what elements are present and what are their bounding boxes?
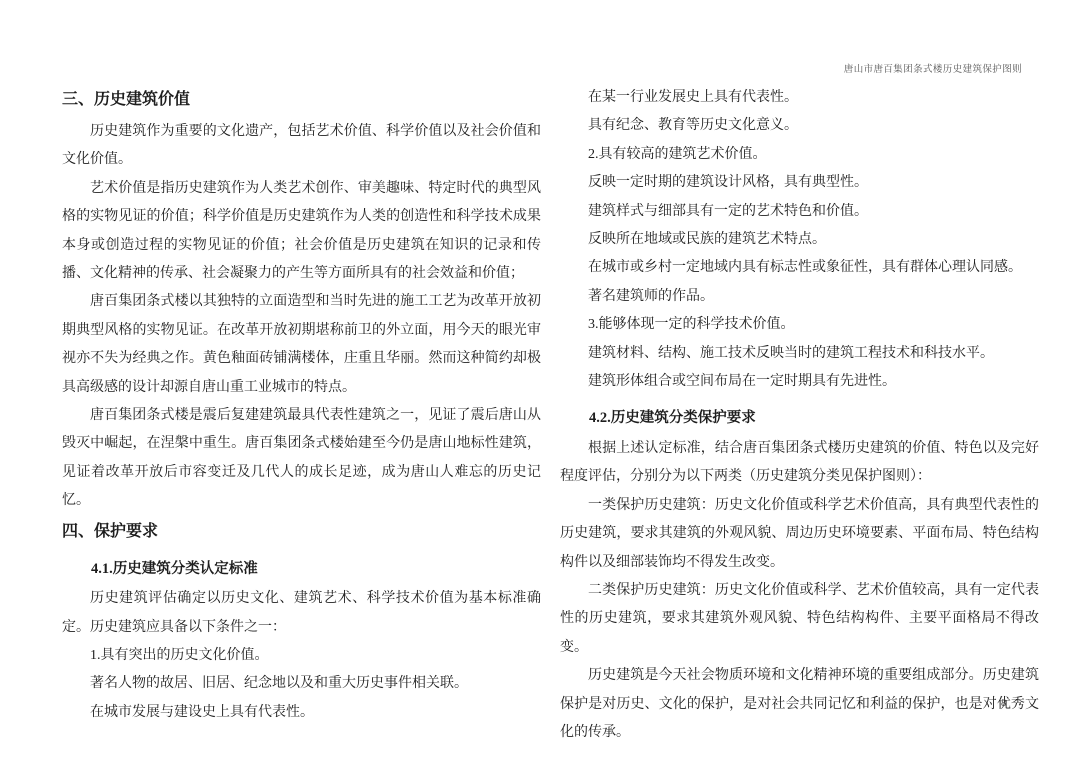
list-item: 著名建筑师的作品。 <box>560 283 1039 311</box>
list-item: 在城市发展与建设史上具有代表性。 <box>62 699 541 727</box>
paragraph: 二类保护历史建筑：历史文化价值或科学、艺术价值较高，具有一定代表性的历史建筑，要… <box>560 577 1039 662</box>
heading-major: 四、保护要求 <box>62 517 541 547</box>
paragraph: 艺术价值是指历史建筑作为人类艺术创作、审美趣味、特定时代的典型风格的实物见证的价… <box>62 175 541 289</box>
list-item: 反映所在地域或民族的建筑艺术特点。 <box>560 226 1039 254</box>
left-column: 三、历史建筑价值 历史建筑作为重要的文化遗产，包括艺术价值、科学价值以及社会价值… <box>62 84 541 727</box>
heading-major: 三、历史建筑价值 <box>62 85 541 115</box>
list-item: 建筑样式与细部具有一定的艺术特色和价值。 <box>560 198 1039 226</box>
heading-sub: 4.1.历史建筑分类认定标准 <box>62 555 541 583</box>
page-number: 8 <box>1001 698 1006 709</box>
document-header-note: 唐山市唐百集团条式楼历史建筑保护图则 <box>844 61 1022 75</box>
list-item: 2.具有较高的建筑艺术价值。 <box>560 141 1039 169</box>
paragraph: 历史建筑是今天社会物质环境和文化精神环境的重要组成部分。历史建筑保护是对历史、文… <box>560 662 1039 747</box>
paragraph: 历史建筑作为重要的文化遗产，包括艺术价值、科学价值以及社会价值和文化价值。 <box>62 118 541 175</box>
list-item: 建筑材料、结构、施工技术反映当时的建筑工程技术和科技水平。 <box>560 340 1039 368</box>
paragraph: 唐百集团条式楼是震后复建建筑最具代表性建筑之一，见证了震后唐山从毁灭中崛起，在涅… <box>62 402 541 516</box>
list-item: 著名人物的故居、旧居、纪念地以及和重大历史事件相关联。 <box>62 670 541 698</box>
list-item: 1.具有突出的历史文化价值。 <box>62 642 541 670</box>
right-column: 在某一行业发展史上具有代表性。 具有纪念、教育等历史文化意义。 2.具有较高的建… <box>560 84 1039 747</box>
list-item: 在城市或乡村一定地域内具有标志性或象征性，具有群体心理认同感。 <box>560 254 1039 282</box>
list-item: 3.能够体现一定的科学技术价值。 <box>560 311 1039 339</box>
paragraph: 一类保护历史建筑：历史文化价值或科学艺术价值高，具有典型代表性的历史建筑，要求其… <box>560 492 1039 577</box>
list-item: 建筑形体组合或空间布局在一定时期具有先进性。 <box>560 368 1039 396</box>
paragraph: 根据上述认定标准，结合唐百集团条式楼历史建筑的价值、特色以及完好程度评估，分别分… <box>560 435 1039 492</box>
paragraph: 唐百集团条式楼以其独特的立面造型和当时先进的施工工艺为改革开放初期典型风格的实物… <box>62 288 541 402</box>
list-item: 在某一行业发展史上具有代表性。 <box>560 84 1039 112</box>
list-item: 反映一定时期的建筑设计风格，具有典型性。 <box>560 169 1039 197</box>
heading-sub: 4.2.历史建筑分类保护要求 <box>560 404 1039 432</box>
paragraph: 历史建筑评估确定以历史文化、建筑艺术、科学技术价值为基本标准确定。历史建筑应具备… <box>62 585 541 642</box>
list-item: 具有纪念、教育等历史文化意义。 <box>560 112 1039 140</box>
